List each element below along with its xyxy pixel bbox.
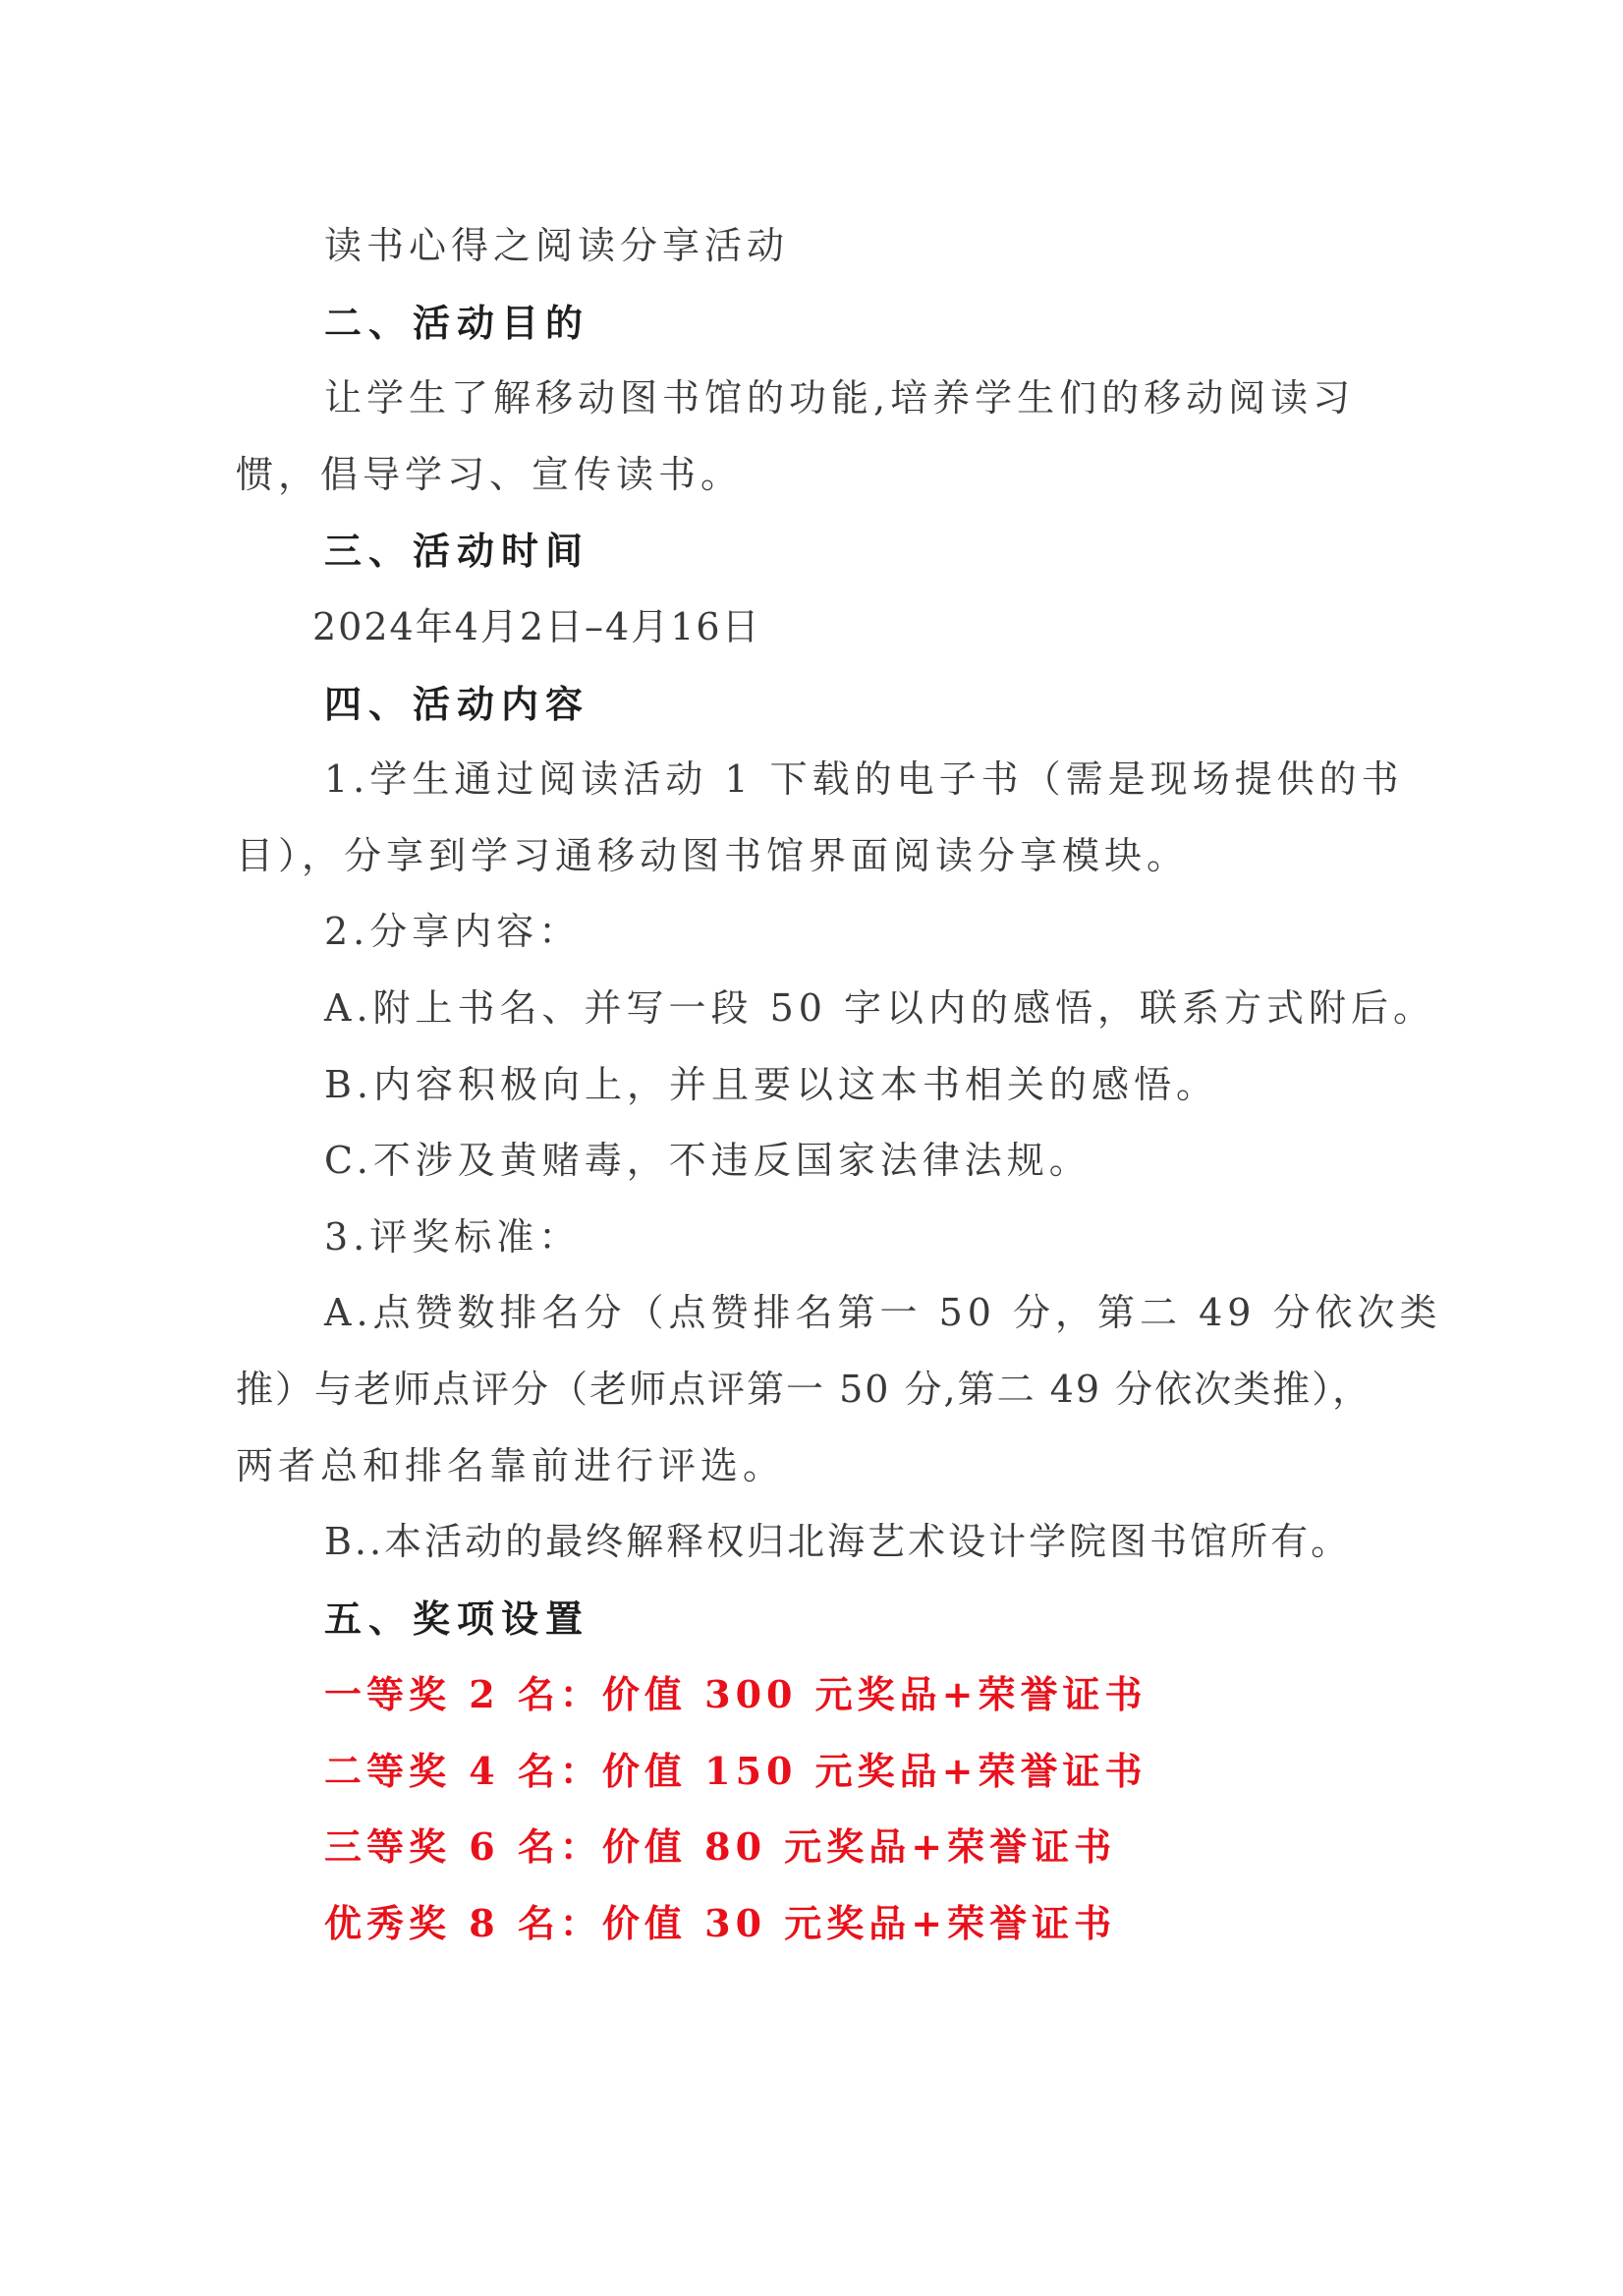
content-item2-title: 2.分享内容： [236, 894, 1390, 971]
intro-line: 读书心得之阅读分享活动 [236, 208, 1390, 285]
content-item3-a-line2: 推）与老师点评分（老师点评第一 50 分,第二 49 分依次类推）， [236, 1352, 1390, 1428]
purpose-paragraph-line2: 惯，倡导学习、宣传读书。 [236, 437, 1390, 514]
section-heading-time: 三、活动时间 [236, 513, 1390, 589]
content-item3-title: 3.评奖标准： [236, 1200, 1390, 1276]
purpose-paragraph-line1: 让学生了解移动图书馆的功能,培养学生们的移动阅读习 [236, 361, 1390, 437]
content-item3-a-line3: 两者总和排名靠前进行评选。 [236, 1428, 1390, 1505]
section-heading-awards: 五、奖项设置 [236, 1581, 1390, 1657]
content-item3-b: B..本活动的最终解释权归北海艺术设计学院图书馆所有。 [236, 1504, 1390, 1581]
section-heading-content: 四、活动内容 [236, 666, 1390, 743]
content-item3-a-line1: A.点赞数排名分（点赞排名第一 50 分，第二 49 分依次类 [236, 1275, 1390, 1352]
award-first-prize: 一等奖 2 名：价值 300 元奖品+荣誉证书 [236, 1656, 1390, 1733]
award-second-prize: 二等奖 4 名：价值 150 元奖品+荣誉证书 [236, 1733, 1390, 1810]
award-third-prize: 三等奖 6 名：价值 80 元奖品+荣誉证书 [236, 1809, 1390, 1885]
award-excellence-prize: 优秀奖 8 名：价值 30 元奖品+荣誉证书 [236, 1885, 1390, 1962]
content-item2-b: B.内容积极向上，并且要以这本书相关的感悟。 [236, 1047, 1390, 1124]
section-heading-purpose: 二、活动目的 [236, 285, 1390, 362]
document-page: 读书心得之阅读分享活动 二、活动目的 让学生了解移动图书馆的功能,培养学生们的移… [0, 0, 1623, 2296]
document-body: 读书心得之阅读分享活动 二、活动目的 让学生了解移动图书馆的功能,培养学生们的移… [236, 208, 1390, 1962]
content-item2-c: C.不涉及黄赌毒，不违反国家法律法规。 [236, 1123, 1390, 1200]
content-item1-line1: 1.学生通过阅读活动 1 下载的电子书（需是现场提供的书 [236, 742, 1390, 818]
content-item2-a: A.附上书名、并写一段 50 字以内的感悟，联系方式附后。 [236, 971, 1390, 1047]
content-item1-line2: 目），分享到学习通移动图书馆界面阅读分享模块。 [236, 818, 1390, 895]
activity-date-range: 2024年4月2日–4月16日 [236, 589, 1390, 666]
